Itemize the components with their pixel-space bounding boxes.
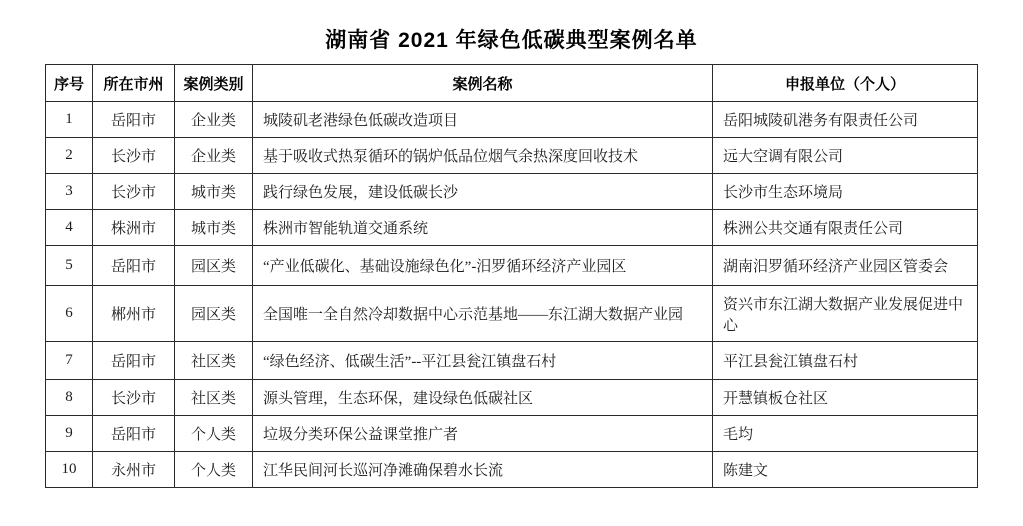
column-header-city: 所在市州	[93, 65, 175, 102]
table-row: 8 长沙市 社区类 源头管理，生态环保，建设绿色低碳社区 开慧镇板仓社区	[46, 380, 978, 416]
document-page: 湖南省 2021 年绿色低碳典型案例名单 序号 所在市州 案例类别 案例名称 申…	[0, 0, 1023, 526]
cell-serial: 10	[46, 452, 93, 488]
header-row: 序号 所在市州 案例类别 案例名称 申报单位（个人）	[46, 65, 978, 102]
column-header-serial: 序号	[46, 65, 93, 102]
cell-case-name: 江华民间河长巡河净滩确保碧水长流	[253, 452, 713, 488]
cell-case-name: 践行绿色发展，建设低碳长沙	[253, 174, 713, 210]
cell-unit: 资兴市东江湖大数据产业发展促进中心	[713, 286, 978, 342]
cell-serial: 8	[46, 380, 93, 416]
cell-serial: 7	[46, 342, 93, 380]
column-header-unit: 申报单位（个人）	[713, 65, 978, 102]
cell-unit: 远大空调有限公司	[713, 138, 978, 174]
cell-category: 园区类	[175, 286, 253, 342]
cell-category: 社区类	[175, 380, 253, 416]
cell-category: 个人类	[175, 452, 253, 488]
cell-unit: 陈建文	[713, 452, 978, 488]
cell-serial: 4	[46, 210, 93, 246]
column-header-case-name: 案例名称	[253, 65, 713, 102]
page-title: 湖南省 2021 年绿色低碳典型案例名单	[0, 0, 1023, 64]
cell-category: 企业类	[175, 102, 253, 138]
cell-serial: 3	[46, 174, 93, 210]
cell-category: 企业类	[175, 138, 253, 174]
cases-table: 序号 所在市州 案例类别 案例名称 申报单位（个人） 1 岳阳市 企业类 城陵矶…	[45, 64, 978, 488]
cell-case-name: 基于吸收式热泵循环的锅炉低品位烟气余热深度回收技术	[253, 138, 713, 174]
cell-case-name: 全国唯一全自然冷却数据中心示范基地——东江湖大数据产业园	[253, 286, 713, 342]
cell-unit: 开慧镇板仓社区	[713, 380, 978, 416]
cell-category: 社区类	[175, 342, 253, 380]
cell-case-name: “产业低碳化、基础设施绿色化”-汨罗循环经济产业园区	[253, 246, 713, 286]
cell-case-name: 垃圾分类环保公益课堂推广者	[253, 416, 713, 452]
cell-unit: 湖南汨罗循环经济产业园区管委会	[713, 246, 978, 286]
table-row: 2 长沙市 企业类 基于吸收式热泵循环的锅炉低品位烟气余热深度回收技术 远大空调…	[46, 138, 978, 174]
cell-unit: 岳阳城陵矶港务有限责任公司	[713, 102, 978, 138]
cell-city: 岳阳市	[93, 102, 175, 138]
cell-serial: 6	[46, 286, 93, 342]
cell-case-name: 源头管理，生态环保，建设绿色低碳社区	[253, 380, 713, 416]
cell-city: 永州市	[93, 452, 175, 488]
table-row: 9 岳阳市 个人类 垃圾分类环保公益课堂推广者 毛均	[46, 416, 978, 452]
cell-serial: 9	[46, 416, 93, 452]
cell-unit: 毛均	[713, 416, 978, 452]
cell-serial: 1	[46, 102, 93, 138]
cell-city: 长沙市	[93, 174, 175, 210]
cell-city: 岳阳市	[93, 416, 175, 452]
table-row: 5 岳阳市 园区类 “产业低碳化、基础设施绿色化”-汨罗循环经济产业园区 湖南汨…	[46, 246, 978, 286]
table-row: 10 永州市 个人类 江华民间河长巡河净滩确保碧水长流 陈建文	[46, 452, 978, 488]
cell-city: 株洲市	[93, 210, 175, 246]
cell-unit: 株洲公共交通有限责任公司	[713, 210, 978, 246]
cell-case-name: “绿色经济、低碳生活”--平江县瓮江镇盘石村	[253, 342, 713, 380]
table-row: 1 岳阳市 企业类 城陵矶老港绿色低碳改造项目 岳阳城陵矶港务有限责任公司	[46, 102, 978, 138]
cell-case-name: 株洲市智能轨道交通系统	[253, 210, 713, 246]
cell-unit: 长沙市生态环境局	[713, 174, 978, 210]
cell-case-name: 城陵矶老港绿色低碳改造项目	[253, 102, 713, 138]
cell-category: 城市类	[175, 174, 253, 210]
table-row: 7 岳阳市 社区类 “绿色经济、低碳生活”--平江县瓮江镇盘石村 平江县瓮江镇盘…	[46, 342, 978, 380]
cell-serial: 2	[46, 138, 93, 174]
cell-serial: 5	[46, 246, 93, 286]
cell-unit: 平江县瓮江镇盘石村	[713, 342, 978, 380]
cell-city: 长沙市	[93, 380, 175, 416]
cell-city: 岳阳市	[93, 342, 175, 380]
table-row: 4 株洲市 城市类 株洲市智能轨道交通系统 株洲公共交通有限责任公司	[46, 210, 978, 246]
cell-city: 长沙市	[93, 138, 175, 174]
table-row: 6 郴州市 园区类 全国唯一全自然冷却数据中心示范基地——东江湖大数据产业园 资…	[46, 286, 978, 342]
table-row: 3 长沙市 城市类 践行绿色发展，建设低碳长沙 长沙市生态环境局	[46, 174, 978, 210]
cell-category: 城市类	[175, 210, 253, 246]
cell-city: 岳阳市	[93, 246, 175, 286]
cell-category: 园区类	[175, 246, 253, 286]
column-header-category: 案例类别	[175, 65, 253, 102]
cell-category: 个人类	[175, 416, 253, 452]
cell-city: 郴州市	[93, 286, 175, 342]
